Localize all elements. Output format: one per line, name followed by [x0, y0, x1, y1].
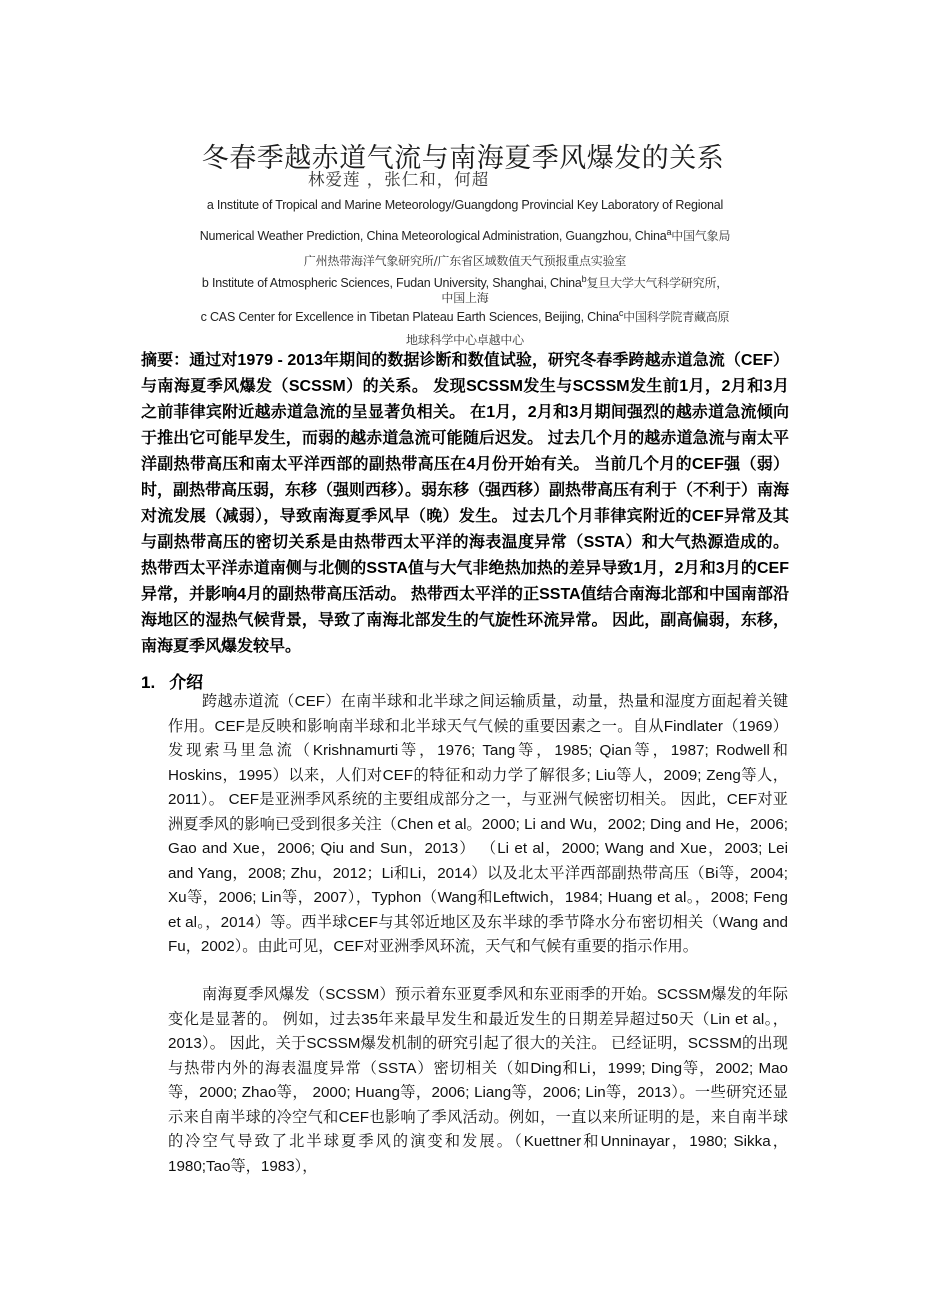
affiliation-c-line1: c CAS Center for Excellence in Tibetan P…	[140, 308, 790, 325]
affiliation-b-text-cn-2: 中国上海	[441, 291, 488, 305]
affiliation-a-line2: Numerical Weather Prediction, China Mete…	[140, 227, 790, 244]
affiliation-b-text-en: b Institute of Atmospheric Sciences, Fud…	[202, 276, 582, 290]
affiliation-c-line2: 地球科学中心卓越中心	[140, 331, 790, 348]
affiliation-a-text-en: Numerical Weather Prediction, China Mete…	[200, 229, 667, 243]
paragraph-text: 南海夏季风爆发（SCSSM）预示着东亚夏季风和东亚雨季的开始。SCSSM爆发的年…	[168, 983, 788, 1179]
paragraph-text: 跨越赤道流（CEF）在南半球和北半球之间运输质量，动量，热量和湿度方面起着关键作…	[168, 690, 788, 960]
intro-paragraph-1: 跨越赤道流（CEF）在南半球和北半球之间运输质量，动量，热量和湿度方面起着关键作…	[168, 690, 788, 960]
intro-paragraph-2: 南海夏季风爆发（SCSSM）预示着东亚夏季风和东亚雨季的开始。SCSSM爆发的年…	[168, 983, 788, 1179]
affiliation-a-line3: 广州热带海洋气象研究所/广东省区域数值天气预报重点实验室	[140, 252, 790, 269]
affiliation-b: b Institute of Atmospheric Sciences, Fud…	[140, 272, 790, 306]
affiliation-a-line1: a Institute of Tropical and Marine Meteo…	[140, 198, 790, 212]
affiliation-c-text-cn-2: 地球科学中心卓越中心	[406, 333, 524, 347]
abstract: 摘要：通过对1979 - 2013年期间的数据诊断和数值试验，研究冬春季跨越赤道…	[141, 348, 789, 660]
affiliation-b-text-cn: 复旦大学大气科学研究所，	[586, 276, 728, 290]
author-list: 林爱莲 ，张仁和，何超	[308, 166, 489, 190]
affiliation-c-text-cn: 中国科学院青藏高原	[623, 310, 729, 324]
affiliation-a-text-cn-2: 广州热带海洋气象研究所/广东省区域数值天气预报重点实验室	[304, 254, 626, 268]
affiliation-a-text-cn: 中国气象局	[671, 229, 730, 243]
section-number: 1.	[141, 673, 155, 692]
affiliation-a-text: a Institute of Tropical and Marine Meteo…	[207, 198, 723, 212]
affiliation-c-text-en: c CAS Center for Excellence in Tibetan P…	[201, 310, 619, 324]
